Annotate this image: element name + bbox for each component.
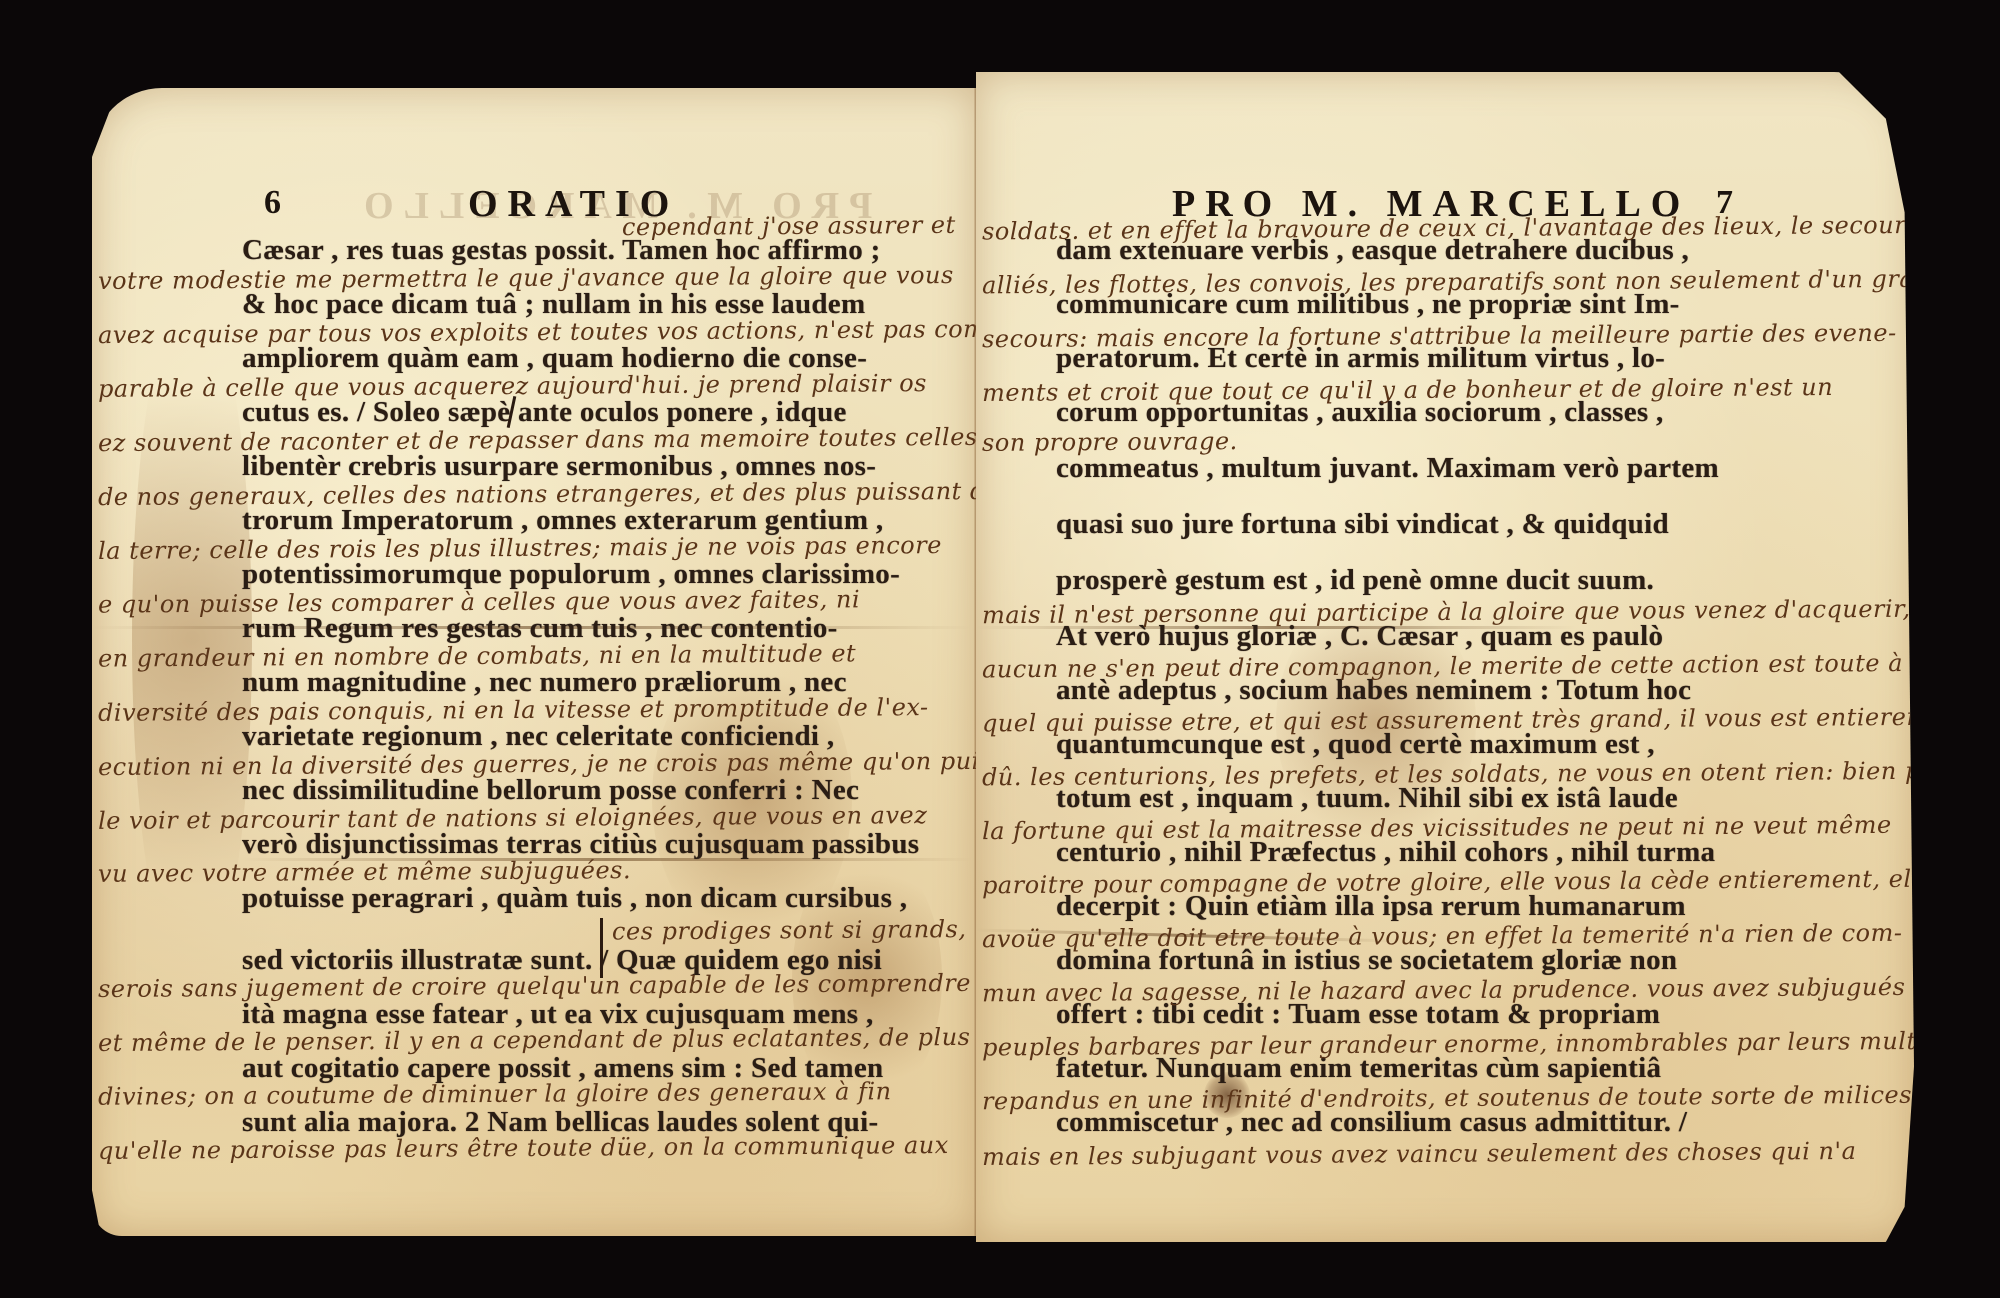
handwritten-line: e qu'on puisse les comparer à celles que… [98,585,860,618]
handwritten-line: son propre ouvrage. [982,427,1238,457]
printed-line: quasi suo jure fortuna sibi vindicat , &… [1056,508,1669,541]
handwritten-line: vu avec votre armée et même subjuguées. [98,856,631,888]
handwritten-line: mun avec la sagesse, ni le hazard avec l… [982,973,1957,1008]
handwritten-line: peuples barbares par leur grandeur enorm… [982,1026,1994,1061]
handwritten-line: le voir et parcourir tant de nations si … [98,801,928,835]
handwritten-line: divines; on a coutume de diminuer la glo… [98,1077,892,1111]
handwritten-line: la terre; celle des rois les plus illust… [98,531,942,565]
handwritten-line: mais en les subjugant vous avez vaincu s… [982,1137,1857,1171]
book-spread: 6 PRO M. MARCELLO ORATIO Cæsar , res tua… [92,88,1914,1236]
printed-line: commeatus , multum juvant. Maximam verò … [1056,452,1719,485]
left-page: 6 PRO M. MARCELLO ORATIO Cæsar , res tua… [92,88,976,1236]
handwritten-line: la fortune qui est la maitresse des vici… [982,811,1892,845]
handwritten-line: qu'elle ne paroisse pas leurs être toute… [98,1131,949,1165]
printed-line: prosperè gestum est , id penè omne ducit… [1056,564,1654,597]
handwritten-line: soldats. et en effet la bravoure de ceux… [982,211,1971,246]
handwritten-line: diversité des pais conquis, ni en la vit… [98,693,929,727]
handwritten-line: paroitre pour compagne de votre gloire, … [982,865,1935,900]
handwritten-line: quel qui puisse etre, et qui est assurem… [982,703,1971,738]
handwritten-line: votre modestie me permettra le que j'ava… [98,261,954,295]
handwritten-line: dû. les centurions, les prefets, et les … [982,757,1958,792]
printed-line: potuisse peragrari , quàm tuis , non dic… [242,882,907,915]
handwritten-line: alliés, les flottes, les convois, les pr… [982,265,1946,300]
right-page: PRO M. MARCELLO 7 dam extenuare verbis ,… [976,72,1914,1242]
page-number-left: 6 [264,184,281,222]
handwritten-line: ments et croit que tout ce qu'il y a de … [982,373,1833,407]
handwritten-line: cependant j'ose assurer et [622,211,956,241]
handwritten-line: secours: mais encore la fortune s'attrib… [982,319,1897,353]
handwritten-line: avoüe qu'elle doit etre toute à vous; en… [982,919,1903,953]
handwritten-line: en grandeur ni en nombre de combats, ni … [98,639,856,672]
handwritten-line: mais il n'est personne qui participe à l… [982,595,1911,629]
insertion-mark [600,918,603,978]
handwritten-line: repandus en une infinité d'endroits, et … [982,1081,1920,1116]
handwritten-line: aucun ne s'en peut dire compagnon, le me… [982,649,1969,684]
